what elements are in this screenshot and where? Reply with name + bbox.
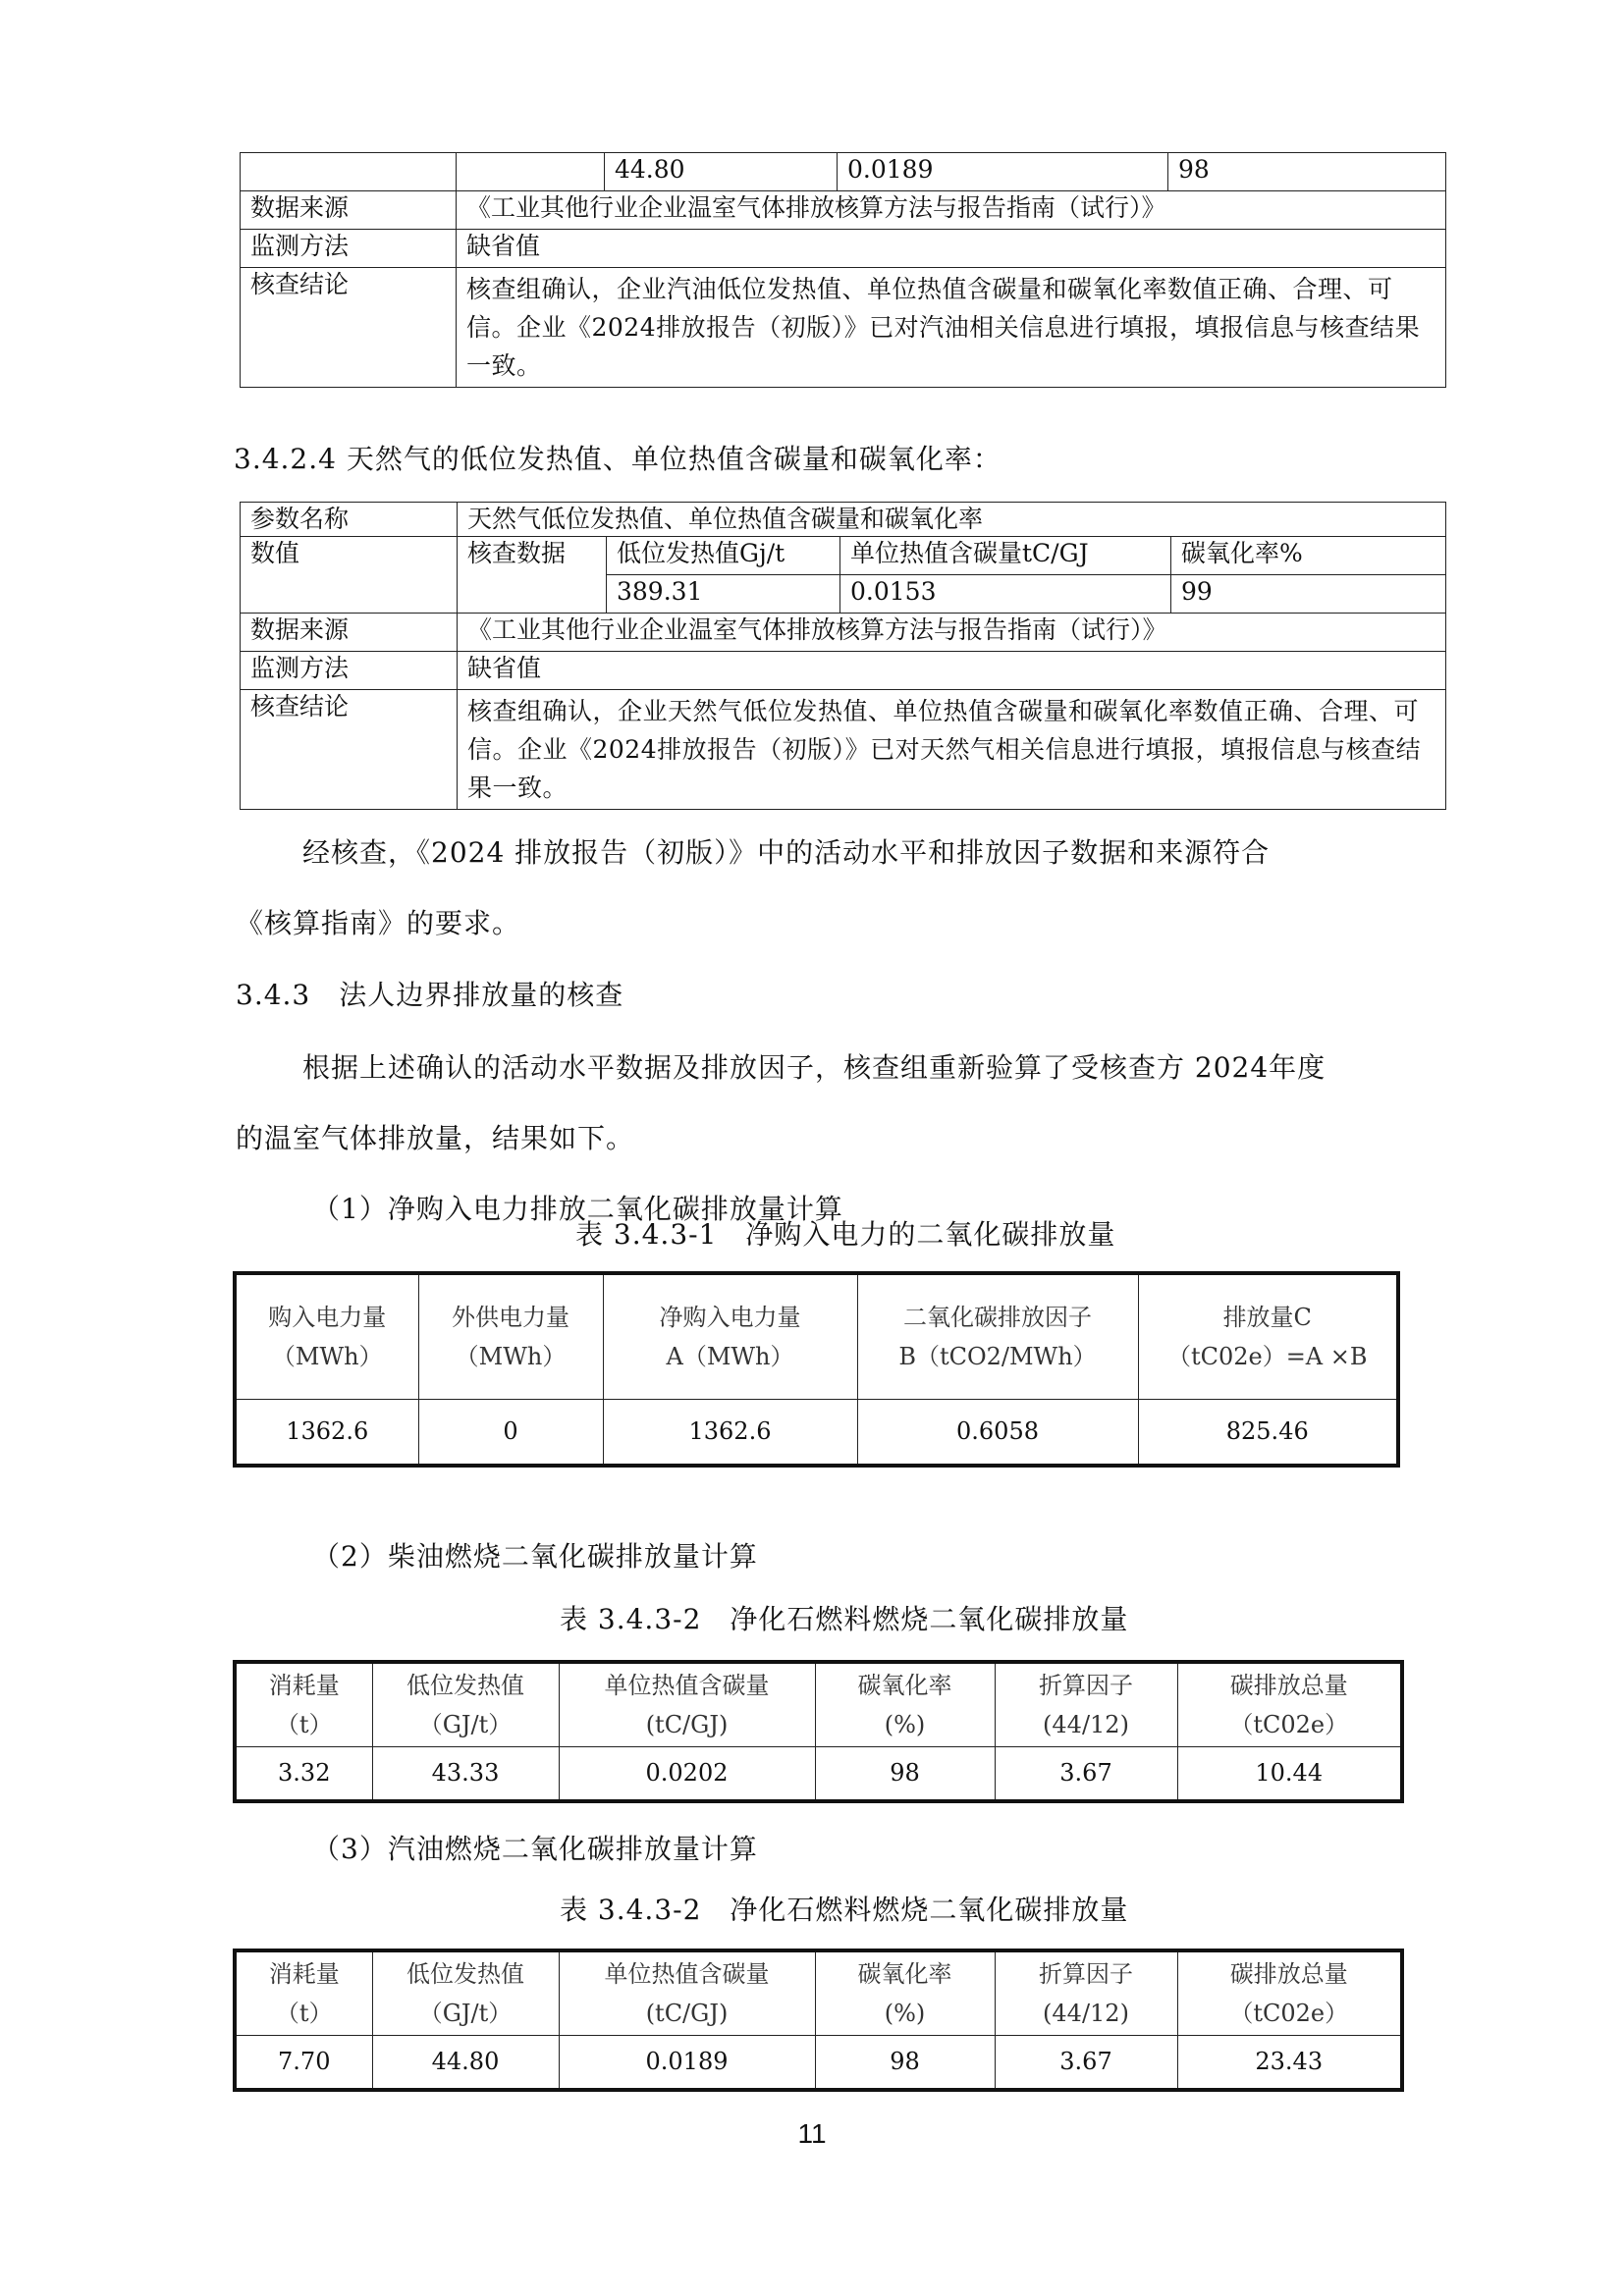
table-header-row: 消耗量（t） 低位发热值（GJ/t） 单位热值含碳量(tC/GJ) 碳氧化率(%…	[235, 1950, 1402, 2035]
row-label: 监测方法	[241, 652, 458, 690]
table-cell: 825.46	[1138, 1399, 1398, 1466]
row-label: 数据来源	[241, 191, 457, 230]
column-header: 低位发热值（GJ/t）	[372, 1662, 559, 1746]
natural-gas-params-table: 参数名称 天然气低位发热值、单位热值含碳量和碳氧化率 数值 核查数据 低位发热值…	[240, 502, 1446, 810]
paragraph-line: 的温室气体排放量，结果如下。	[236, 1121, 634, 1156]
table-cell: 0	[418, 1399, 603, 1466]
column-header: 净购入电力量A（MWh）	[603, 1273, 857, 1399]
column-header: 消耗量（t）	[235, 1662, 372, 1746]
row-label: 核查结论	[241, 268, 457, 388]
row-label: 数据来源	[241, 614, 458, 652]
table-cell: 98	[815, 2035, 995, 2090]
row-label: 数值	[241, 537, 458, 614]
table-row: 参数名称 天然气低位发热值、单位热值含碳量和碳氧化率	[241, 503, 1446, 537]
table-row: 1362.6 0 1362.6 0.6058 825.46	[235, 1399, 1398, 1466]
table-cell: 1362.6	[235, 1399, 418, 1466]
row-value: 缺省值	[458, 652, 1446, 690]
paragraph-line: 《核算指南》的要求。	[236, 906, 520, 941]
table-cell: 1362.6	[603, 1399, 857, 1466]
row-value: 缺省值	[457, 230, 1446, 268]
table-cell: 44.80	[372, 2035, 559, 2090]
section-heading-3424: 3.4.2.4 天然气的低位发热值、单位热值含碳量和碳氧化率：	[234, 442, 1001, 477]
row-label: 参数名称	[241, 503, 458, 537]
table-row: 数据来源 《工业其他行业企业温室气体排放核算方法与报告指南（试行）》	[241, 614, 1446, 652]
table-cell: 0.0202	[559, 1746, 815, 1801]
column-header: 购入电力量（MWh）	[235, 1273, 418, 1399]
table-cell: 389.31	[607, 575, 840, 614]
table-cell: 3.67	[995, 2035, 1177, 2090]
diesel-emission-table: 消耗量（t） 低位发热值（GJ/t） 单位热值含碳量(tC/GJ) 碳氧化率(%…	[233, 1660, 1404, 1803]
row-label: 监测方法	[241, 230, 457, 268]
row-value: 《工业其他行业企业温室气体排放核算方法与报告指南（试行）》	[457, 191, 1446, 230]
column-header: 折算因子(44/12)	[995, 1662, 1177, 1746]
table-cell: 0.0189	[559, 2035, 815, 2090]
table-cell: 0.0153	[840, 575, 1171, 614]
column-header: 碳氧化率(%)	[815, 1662, 995, 1746]
column-header: 二氧化碳排放因子B（tCO2/MWh）	[857, 1273, 1138, 1399]
table-row: 数值 核查数据 低位发热值Gj/t 单位热值含碳量tC/GJ 碳氧化率%	[241, 537, 1446, 575]
paragraph-line: 经核查，《2024 排放报告（初版）》中的活动水平和排放因子数据和来源符合	[302, 835, 1270, 871]
table-row: 7.70 44.80 0.0189 98 3.67 23.43	[235, 2035, 1402, 2090]
page-number: 11	[0, 2118, 1624, 2150]
table-caption: 表 3.4.3-2 净化石燃料燃烧二氧化碳排放量	[560, 1602, 1128, 1637]
column-header: 碳氧化率(%)	[815, 1950, 995, 2035]
table-cell: 23.43	[1177, 2035, 1402, 2090]
column-header: 单位热值含碳量(tC/GJ)	[559, 1950, 815, 2035]
table-caption: 表 3.4.3-1 净购入电力的二氧化碳排放量	[575, 1217, 1115, 1253]
check-data-label: 核查数据	[458, 537, 607, 614]
column-header: 消耗量（t）	[235, 1950, 372, 2035]
table-cell: 7.70	[235, 2035, 372, 2090]
table-cell: 3.67	[995, 1746, 1177, 1801]
gasoline-params-table: 44.80 0.0189 98 数据来源 《工业其他行业企业温室气体排放核算方法…	[240, 152, 1446, 388]
gasoline-emission-table: 消耗量（t） 低位发热值（GJ/t） 单位热值含碳量(tC/GJ) 碳氧化率(%…	[233, 1949, 1404, 2092]
table-cell: 44.80	[605, 153, 838, 191]
table-cell: 98	[815, 1746, 995, 1801]
row-value: 核查组确认，企业汽油低位发热值、单位热值含碳量和碳氧化率数值正确、合理、可信。企…	[457, 268, 1446, 388]
table-cell: 98	[1168, 153, 1446, 191]
column-header: 单位热值含碳量(tC/GJ)	[559, 1662, 815, 1746]
table-row: 核查结论 核查组确认，企业汽油低位发热值、单位热值含碳量和碳氧化率数值正确、合理…	[241, 268, 1446, 388]
column-header: 低位发热值Gj/t	[607, 537, 840, 575]
column-header: 外供电力量（MWh）	[418, 1273, 603, 1399]
column-header: 折算因子(44/12)	[995, 1950, 1177, 2035]
row-label: 核查结论	[241, 690, 458, 810]
table-row: 44.80 0.0189 98	[241, 153, 1446, 191]
table-row: 数据来源 《工业其他行业企业温室气体排放核算方法与报告指南（试行）》	[241, 191, 1446, 230]
section-heading-343: 3.4.3 法人边界排放量的核查	[236, 978, 623, 1013]
electricity-emission-table: 购入电力量（MWh） 外供电力量（MWh） 净购入电力量A（MWh） 二氧化碳排…	[233, 1271, 1400, 1468]
paragraph-line: 根据上述确认的活动水平数据及排放因子，核查组重新验算了受核查方 2024年度	[302, 1050, 1326, 1086]
table-row: 监测方法 缺省值	[241, 230, 1446, 268]
table-row: 3.32 43.33 0.0202 98 3.67 10.44	[235, 1746, 1402, 1801]
row-value: 《工业其他行业企业温室气体排放核算方法与报告指南（试行）》	[458, 614, 1446, 652]
column-header: 碳氧化率%	[1171, 537, 1446, 575]
table-cell: 0.0189	[838, 153, 1168, 191]
table-cell	[457, 153, 605, 191]
table-cell	[241, 153, 457, 191]
row-value: 天然气低位发热值、单位热值含碳量和碳氧化率	[458, 503, 1446, 537]
table-cell: 43.33	[372, 1746, 559, 1801]
row-value: 核查组确认，企业天然气低位发热值、单位热值含碳量和碳氧化率数值正确、合理、可信。…	[458, 690, 1446, 810]
table-header-row: 消耗量（t） 低位发热值（GJ/t） 单位热值含碳量(tC/GJ) 碳氧化率(%…	[235, 1662, 1402, 1746]
column-header: 排放量C（tC02e）=A ×B	[1138, 1273, 1398, 1399]
column-header: 碳排放总量（tC02e）	[1177, 1662, 1402, 1746]
table-cell: 99	[1171, 575, 1446, 614]
table-cell: 3.32	[235, 1746, 372, 1801]
table-row: 核查结论 核查组确认，企业天然气低位发热值、单位热值含碳量和碳氧化率数值正确、合…	[241, 690, 1446, 810]
subheading-gasoline: （3）汽油燃烧二氧化碳排放量计算	[312, 1832, 758, 1867]
column-header: 低位发热值（GJ/t）	[372, 1950, 559, 2035]
table-header-row: 购入电力量（MWh） 外供电力量（MWh） 净购入电力量A（MWh） 二氧化碳排…	[235, 1273, 1398, 1399]
table-cell: 0.6058	[857, 1399, 1138, 1466]
column-header: 碳排放总量（tC02e）	[1177, 1950, 1402, 2035]
subheading-diesel: （2）柴油燃烧二氧化碳排放量计算	[312, 1539, 758, 1575]
table-caption: 表 3.4.3-2 净化石燃料燃烧二氧化碳排放量	[560, 1893, 1128, 1928]
table-cell: 10.44	[1177, 1746, 1402, 1801]
column-header: 单位热值含碳量tC/GJ	[840, 537, 1171, 575]
table-row: 监测方法 缺省值	[241, 652, 1446, 690]
